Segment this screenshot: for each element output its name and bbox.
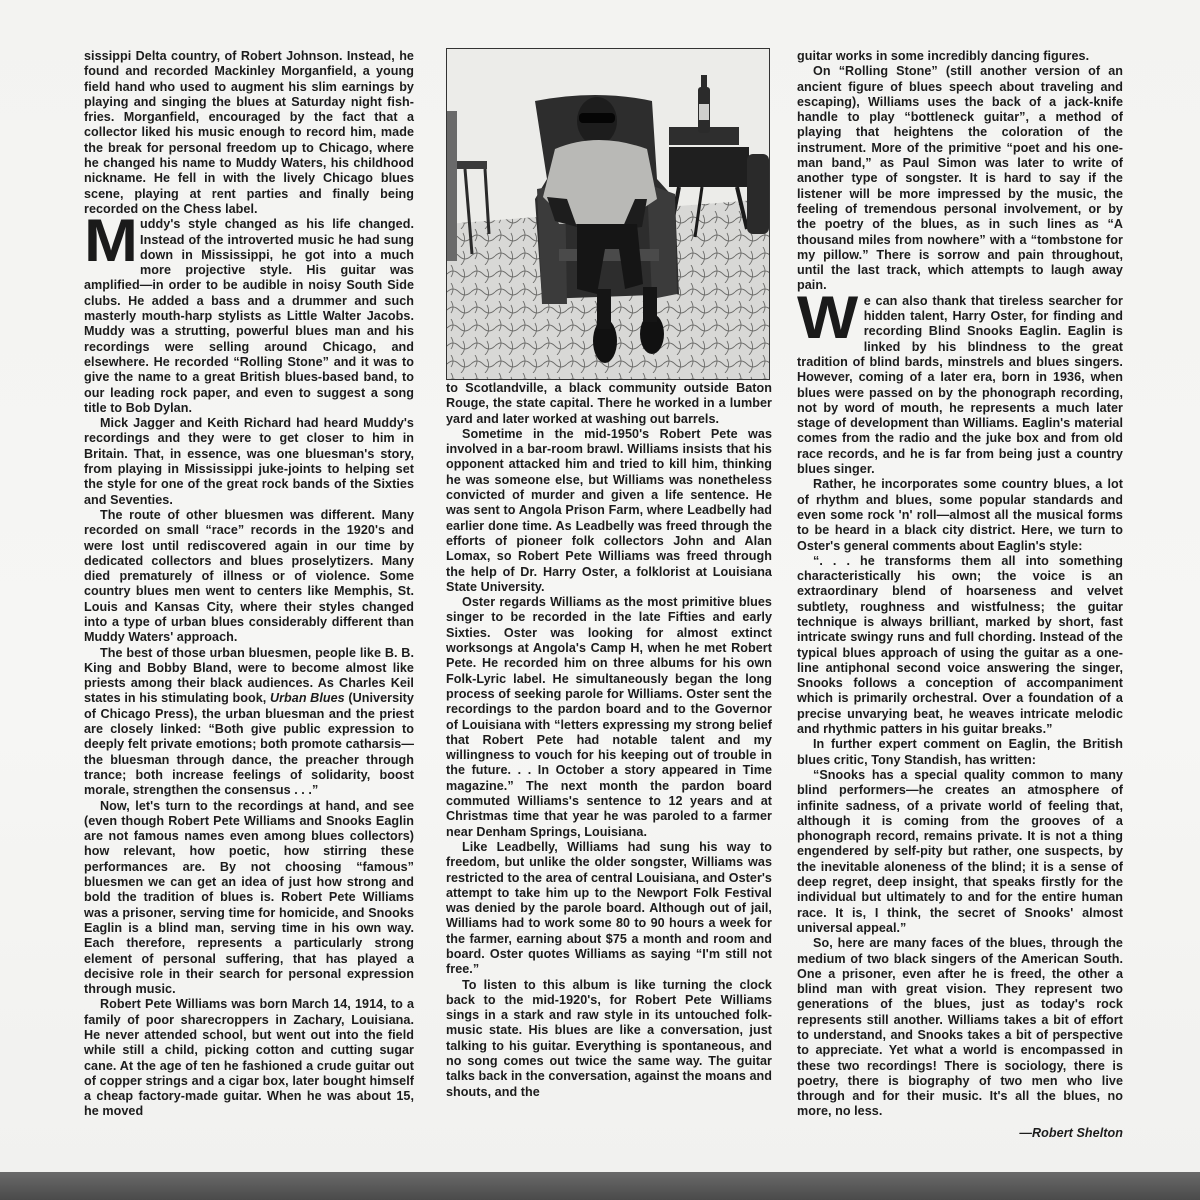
paragraph: guitar works in some incredibly dancing … <box>797 49 1123 64</box>
paragraph: sissippi Delta country, of Robert Johnso… <box>84 49 414 217</box>
paragraph: So, here are many faces of the blues, th… <box>797 936 1123 1120</box>
text-column-left: sissippi Delta country, of Robert Johnso… <box>84 49 414 1120</box>
paragraph: Sometime in the mid-1950's Robert Pete w… <box>446 427 772 595</box>
paragraph: to Scotlandville, a black community outs… <box>446 381 772 427</box>
paragraph: “Snooks has a special quality common to … <box>797 768 1123 936</box>
paragraph-dropcap: Muddy's style changed as his life change… <box>84 217 414 416</box>
paragraph: Like Leadbelly, Williams had sung his wa… <box>446 840 772 978</box>
paragraph: In further expert comment on Eaglin, the… <box>797 737 1123 768</box>
photo-illustration <box>447 49 769 379</box>
paragraph: The best of those urban bluesmen, people… <box>84 646 414 799</box>
author-signature: —Robert Shelton <box>797 1126 1123 1141</box>
scan-edge-shadow <box>0 1172 1200 1200</box>
paragraph: To listen to this album is like turning … <box>446 978 772 1100</box>
paragraph: Now, let's turn to the recordings at han… <box>84 799 414 998</box>
text-column-middle: to Scotlandville, a black community outs… <box>446 381 772 1100</box>
paragraph-dropcap: We can also thank that tireless searcher… <box>797 294 1123 478</box>
paragraph: Oster regards Williams as the most primi… <box>446 595 772 840</box>
book-title: Urban Blues <box>270 691 345 705</box>
paragraph: On “Rolling Stone” (still another versio… <box>797 64 1123 293</box>
paragraph: “. . . he transforms them all into somet… <box>797 554 1123 738</box>
drop-cap-letter: M <box>84 218 138 264</box>
text-column-right: guitar works in some incredibly dancing … <box>797 49 1123 1141</box>
liner-notes-page: sissippi Delta country, of Robert Johnso… <box>0 0 1200 1172</box>
drop-cap-letter: W <box>797 295 858 341</box>
paragraph: Robert Pete Williams was born March 14, … <box>84 997 414 1119</box>
paragraph: The route of other bluesmen was differen… <box>84 508 414 646</box>
paragraph: Rather, he incorporates some country blu… <box>797 477 1123 553</box>
portrait-photo <box>446 48 770 380</box>
paragraph: Mick Jagger and Keith Richard had heard … <box>84 416 414 508</box>
